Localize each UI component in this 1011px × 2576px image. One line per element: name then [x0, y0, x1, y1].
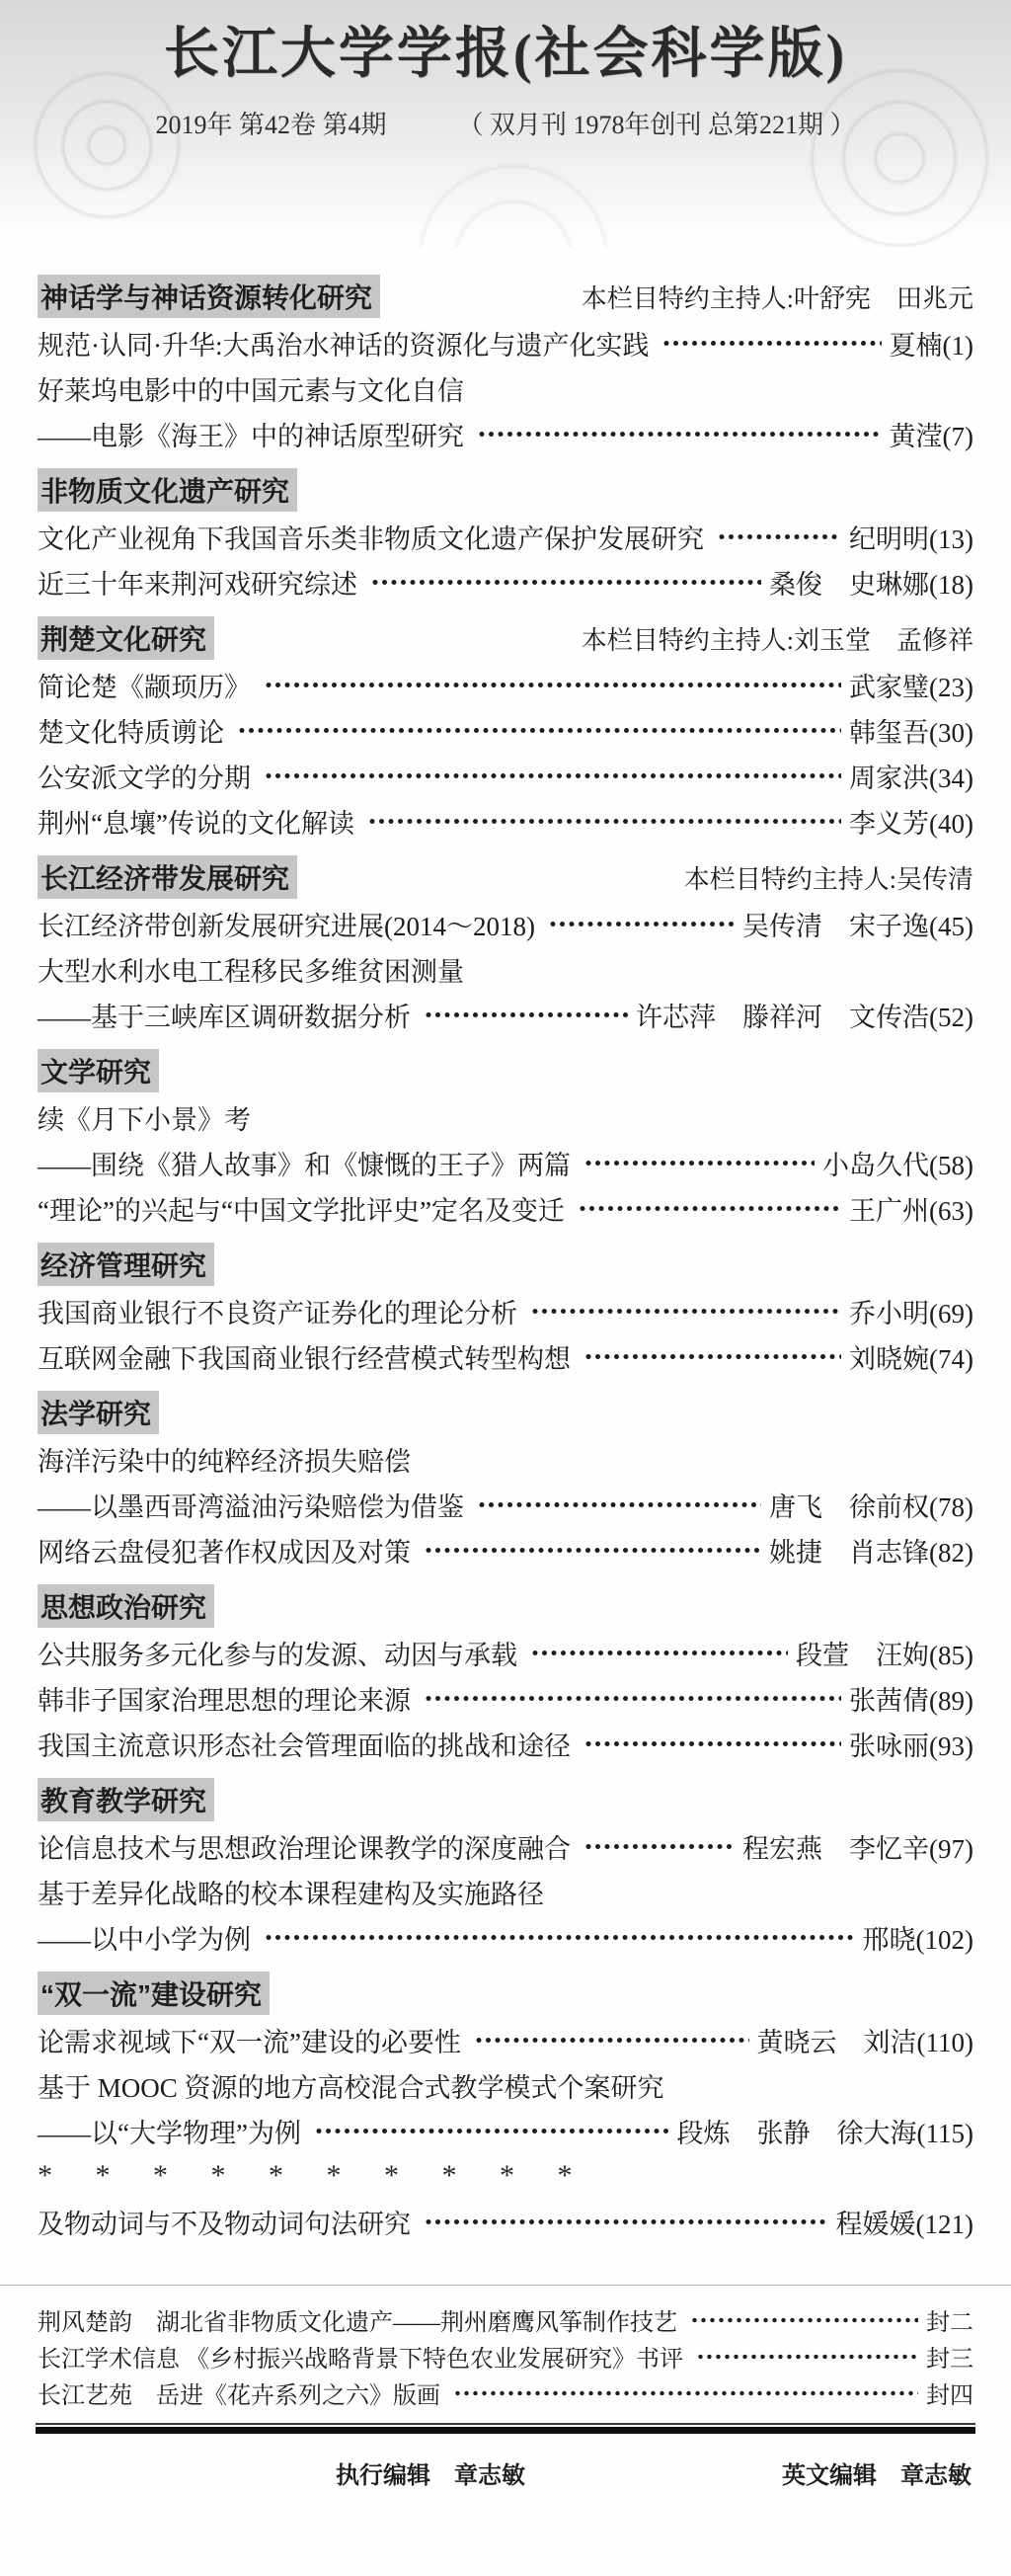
section-heading: 荆楚文化研究: [38, 616, 214, 660]
section-row: 长江经济带发展研究 本栏目特约主持人:吴传清: [38, 853, 973, 901]
dot-leader: [584, 1160, 815, 1167]
toc-entry: 网络云盘侵犯著作权成因及对策 姚捷 肖志锋(82): [38, 1527, 973, 1572]
entry-title: 我国主流意识形态社会管理面临的挑战和途径: [38, 1725, 571, 1763]
toc-entry: 简论楚《颛顼历》 武家璧(23): [38, 662, 973, 707]
section-heading: 经济管理研究: [38, 1243, 214, 1286]
dot-leader: [368, 818, 841, 825]
journal-title: 长江大学学报(社会科学版): [0, 0, 1011, 89]
entry-title: 简论楚《颛顼历》: [38, 666, 251, 704]
section-heading: 文学研究: [38, 1049, 159, 1092]
section-row: “双一流”建设研究: [38, 1970, 973, 2017]
journal-toc-page: 长江大学学报(社会科学版) 2019年 第42卷 第4期 （ 双月刊 1978年…: [0, 0, 1011, 2576]
toc-entry: 论信息技术与思想政治理论课教学的深度融合 程宏燕 李忆辛(97): [38, 1823, 973, 1869]
publication-info: （ 双月刊 1978年创刊 总第221期 ）: [458, 105, 856, 141]
entry-title: 我国商业银行不良资产证券化的理论分析: [38, 1292, 517, 1330]
dot-leader: [584, 1353, 841, 1360]
entry-authors-page: 许芯萍 滕祥河 文传浩(52): [636, 996, 973, 1034]
section-heading: 长江经济带发展研究: [38, 855, 297, 899]
dot-leader: [691, 2317, 918, 2323]
editors-line: 执行编辑 章志敏 英文编辑 章志敏: [0, 2455, 1011, 2490]
entry-title: ——围绕《猎人故事》和《慷慨的王子》两篇: [38, 1144, 571, 1182]
cover-item-title: 荆风楚韵 湖北省非物质文化遗产——荆州磨鹰风筝制作技艺: [38, 2302, 677, 2337]
entry-authors-page: 李义芳(40): [849, 802, 973, 841]
dot-leader: [718, 533, 841, 540]
cover-item-page: 封二: [926, 2302, 973, 2337]
stars-text: * * * * * * * * * *: [38, 2159, 590, 2193]
entry-authors-page: 唐飞 徐前权(78): [769, 1486, 973, 1524]
toc-entry: 续《月下小景》考: [38, 1094, 973, 1140]
section-heading: 非物质文化遗产研究: [38, 468, 297, 512]
toc-entry: 近三十年来荆河戏研究综述 桑俊 史琳娜(18): [38, 559, 973, 604]
entry-title: ——电影《海王》中的神话原型研究: [38, 415, 464, 453]
toc-entry: 好莱坞电影中的中国元素与文化自信: [38, 365, 973, 411]
entry-title: 荆州“息壤”传说的文化解读: [38, 802, 354, 841]
section-host: 本栏目特约主持人:吴传清: [684, 859, 973, 896]
entry-authors-page: 乔小明(69): [849, 1292, 973, 1330]
dot-leader: [662, 340, 881, 347]
section-host: 本栏目特约主持人:叶舒宪 田兆元: [582, 279, 973, 315]
entry-title: 网络云盘侵犯著作权成因及对策: [38, 1531, 411, 1570]
entry-authors-page: 黄滢(7): [890, 415, 973, 453]
entry-title: 好莱坞电影中的中国元素与文化自信: [38, 369, 464, 408]
section-heading: 思想政治研究: [38, 1584, 214, 1628]
entry-title: 大型水利水电工程移民多维贫困测量: [38, 950, 464, 989]
entry-title: 续《月下小景》考: [38, 1098, 251, 1137]
toc-entry: ——以“大学物理”为例 段炼 张静 徐大海(115): [38, 2108, 973, 2153]
separator-stars: * * * * * * * * * *: [38, 2153, 973, 2199]
toc-entry: 我国主流意识形态社会管理面临的挑战和途径 张咏丽(93): [38, 1721, 973, 1766]
dot-leader: [454, 2390, 918, 2396]
cover-items: 荆风楚韵 湖北省非物质文化遗产——荆州磨鹰风筝制作技艺 封二 长江学术信息 《乡…: [0, 2286, 1011, 2411]
entry-title: 韩非子国家治理思想的理论来源: [38, 1679, 411, 1718]
entry-title: ——以“大学物理”为例: [38, 2112, 301, 2150]
section-row: 非物质文化遗产研究: [38, 466, 973, 514]
toc-entry: 韩非子国家治理思想的理论来源 张茜倩(89): [38, 1675, 973, 1721]
entry-title: 文化产业视角下我国音乐类非物质文化遗产保护发展研究: [38, 518, 704, 556]
executive-editor: 执行编辑 章志敏: [336, 2455, 525, 2490]
dot-leader: [315, 2128, 669, 2134]
entry-authors-page: 张咏丽(93): [849, 1725, 973, 1763]
dot-leader: [425, 1011, 628, 1018]
entry-authors-page: 程媛媛(121): [836, 2203, 973, 2241]
dot-leader: [697, 2354, 918, 2360]
entry-authors-page: 段炼 张静 徐大海(115): [677, 2112, 973, 2150]
dot-leader: [265, 682, 841, 688]
toc-entry: 互联网金融下我国商业银行经营模式转型构想 刘晓婉(74): [38, 1333, 973, 1379]
toc-entry: ——电影《海王》中的神话原型研究 黄滢(7): [38, 411, 973, 456]
entry-title: ——基于三峡库区调研数据分析: [38, 996, 411, 1034]
divider-thick-bar: [36, 2427, 975, 2434]
toc-entry: 公安派文学的分期 周家洪(34): [38, 753, 973, 798]
entry-authors-page: 黄晓云 刘洁(110): [757, 2021, 973, 2059]
entry-authors-page: 邢晓(102): [863, 1918, 973, 1957]
toc: 神话学与神话资源转化研究 本栏目特约主持人:叶舒宪 田兆元 规范·认同·升华:大…: [0, 247, 1011, 2244]
dot-leader: [425, 2218, 828, 2225]
section-row: 经济管理研究: [38, 1241, 973, 1288]
section-row: 法学研究: [38, 1389, 973, 1436]
section-row: 荆楚文化研究 本栏目特约主持人:刘玉堂 孟修祥: [38, 614, 973, 662]
cover-item-title: 长江学术信息 《乡村振兴战略背景下特色农业发展研究》书评: [38, 2339, 683, 2374]
entry-title: 楚文化特质谫论: [38, 711, 224, 750]
entry-title: 论需求视域下“双一流”建设的必要性: [38, 2021, 461, 2059]
masthead: 长江大学学报(社会科学版) 2019年 第42卷 第4期 （ 双月刊 1978年…: [0, 0, 1011, 247]
dot-leader: [265, 772, 841, 779]
dot-leader: [478, 431, 882, 438]
section-row: 文学研究: [38, 1047, 973, 1094]
dot-leader: [265, 1934, 855, 1941]
issue-line: 2019年 第42卷 第4期 （ 双月刊 1978年创刊 总第221期 ）: [0, 105, 1011, 141]
toc-entry: ——以中小学为例 邢晓(102): [38, 1914, 973, 1960]
toc-entry: 荆州“息壤”传说的文化解读 李义芳(40): [38, 798, 973, 844]
entry-title: 基于差异化战略的校本课程建构及实施路径: [38, 1873, 544, 1911]
dot-leader: [425, 1547, 761, 1554]
section-heading: 法学研究: [38, 1391, 159, 1434]
english-editor: 英文编辑 章志敏: [782, 2455, 972, 2490]
section-heading: “双一流”建设研究: [38, 1972, 270, 2015]
cover-item-page: 封四: [926, 2375, 973, 2410]
toc-entry: 楚文化特质谫论 韩玺吾(30): [38, 707, 973, 753]
toc-entry: 文化产业视角下我国音乐类非物质文化遗产保护发展研究 纪明明(13): [38, 514, 973, 559]
entry-title: 基于 MOOC 资源的地方高校混合式教学模式个案研究: [38, 2066, 664, 2105]
entry-authors-page: 王广州(63): [849, 1189, 973, 1228]
entry-authors-page: 小岛久代(58): [822, 1144, 973, 1182]
entry-authors-page: 桑俊 史琳娜(18): [769, 563, 973, 602]
entry-authors-page: 张茜倩(89): [849, 1679, 973, 1718]
dot-leader: [371, 579, 761, 586]
cover-item-row: 长江学术信息 《乡村振兴战略背景下特色农业发展研究》书评 封三: [38, 2338, 973, 2375]
divider-double-rule: [36, 2423, 975, 2434]
dot-leader: [584, 1740, 841, 1747]
dot-leader: [531, 1650, 788, 1656]
entry-authors-page: 武家璧(23): [849, 666, 973, 704]
cover-item-title: 长江艺苑 岳进《花卉系列之六》版画: [38, 2375, 440, 2410]
cover-item-row: 长江艺苑 岳进《花卉系列之六》版画 封四: [38, 2375, 973, 2411]
section-heading: 教育教学研究: [38, 1778, 214, 1821]
entry-authors-page: 周家洪(34): [849, 757, 973, 795]
entry-authors-page: 夏楠(1): [890, 324, 973, 362]
cover-item-row: 荆风楚韵 湖北省非物质文化遗产——荆州磨鹰风筝制作技艺 封二: [38, 2301, 973, 2338]
toc-entry: 规范·认同·升华:大禹治水神话的资源化与遗产化实践 夏楠(1): [38, 320, 973, 365]
entry-title: 近三十年来荆河戏研究综述: [38, 563, 357, 602]
toc-entry: 基于差异化战略的校本课程建构及实施路径: [38, 1869, 973, 1914]
entry-authors-page: 吴传清 宋子逸(45): [742, 905, 973, 943]
toc-entry: 公共服务多元化参与的发源、动因与承载 段萱 汪姁(85): [38, 1630, 973, 1675]
toc-entry: 大型水利水电工程移民多维贫困测量: [38, 946, 973, 992]
toc-entry: 论需求视域下“双一流”建设的必要性 黄晓云 刘洁(110): [38, 2017, 973, 2062]
issue-info: 2019年 第42卷 第4期: [155, 105, 386, 141]
section-row: 思想政治研究: [38, 1582, 973, 1630]
dot-leader: [478, 1501, 761, 1508]
entry-title: 互联网金融下我国商业银行经营模式转型构想: [38, 1337, 571, 1376]
toc-entry: 长江经济带创新发展研究进展(2014～2018) 吴传清 宋子逸(45): [38, 901, 973, 946]
entry-title: 公安派文学的分期: [38, 757, 251, 795]
toc-entry: 及物动词与不及物动词句法研究 程媛媛(121): [38, 2199, 973, 2244]
entry-authors-page: 程宏燕 李忆辛(97): [742, 1827, 973, 1866]
cover-item-page: 封三: [926, 2339, 973, 2374]
entry-title: “理论”的兴起与“中国文学批评史”定名及变迁: [38, 1189, 565, 1228]
dot-leader: [238, 727, 841, 734]
dot-leader: [475, 2037, 749, 2044]
divider-thin-line: [36, 2423, 975, 2425]
section-row: 教育教学研究: [38, 1776, 973, 1823]
entry-authors-page: 刘晓婉(74): [849, 1337, 973, 1376]
section-heading: 神话学与神话资源转化研究: [38, 275, 380, 318]
toc-entry: ——基于三峡库区调研数据分析 许芯萍 滕祥河 文传浩(52): [38, 992, 973, 1037]
section-row: 神话学与神话资源转化研究 本栏目特约主持人:叶舒宪 田兆元: [38, 273, 973, 320]
entry-authors-page: 段萱 汪姁(85): [796, 1634, 973, 1672]
section-host: 本栏目特约主持人:刘玉堂 孟修祥: [582, 620, 973, 657]
toc-entry: ——以墨西哥湾溢油污染赔偿为借鉴 唐飞 徐前权(78): [38, 1482, 973, 1527]
entry-title: ——以墨西哥湾溢油污染赔偿为借鉴: [38, 1486, 464, 1524]
footer: 荆风楚韵 湖北省非物质文化遗产——荆州磨鹰风筝制作技艺 封二 长江学术信息 《乡…: [0, 2285, 1011, 2576]
entry-authors-page: 姚捷 肖志锋(82): [769, 1531, 973, 1570]
entry-title: 规范·认同·升华:大禹治水神话的资源化与遗产化实践: [38, 324, 649, 362]
dot-leader: [579, 1205, 841, 1212]
dot-leader: [549, 921, 735, 927]
entry-title: ——以中小学为例: [38, 1918, 251, 1957]
entry-title: 海洋污染中的纯粹经济损失赔偿: [38, 1440, 411, 1479]
entry-title: 论信息技术与思想政治理论课教学的深度融合: [38, 1827, 571, 1866]
entry-title: 长江经济带创新发展研究进展(2014～2018): [38, 905, 535, 943]
entry-title: 公共服务多元化参与的发源、动因与承载: [38, 1634, 517, 1672]
dot-leader: [425, 1695, 841, 1702]
toc-entry: ——围绕《猎人故事》和《慷慨的王子》两篇 小岛久代(58): [38, 1140, 973, 1185]
dot-leader: [531, 1308, 841, 1315]
entry-authors-page: 纪明明(13): [849, 518, 973, 556]
toc-entry: 海洋污染中的纯粹经济损失赔偿: [38, 1436, 973, 1482]
entry-title: 及物动词与不及物动词句法研究: [38, 2203, 411, 2241]
dot-leader: [584, 1843, 735, 1850]
entry-authors-page: 韩玺吾(30): [849, 711, 973, 750]
toc-entry: 基于 MOOC 资源的地方高校混合式教学模式个案研究: [38, 2062, 973, 2108]
toc-entry: 我国商业银行不良资产证券化的理论分析 乔小明(69): [38, 1288, 973, 1333]
toc-entry: “理论”的兴起与“中国文学批评史”定名及变迁 王广州(63): [38, 1185, 973, 1231]
